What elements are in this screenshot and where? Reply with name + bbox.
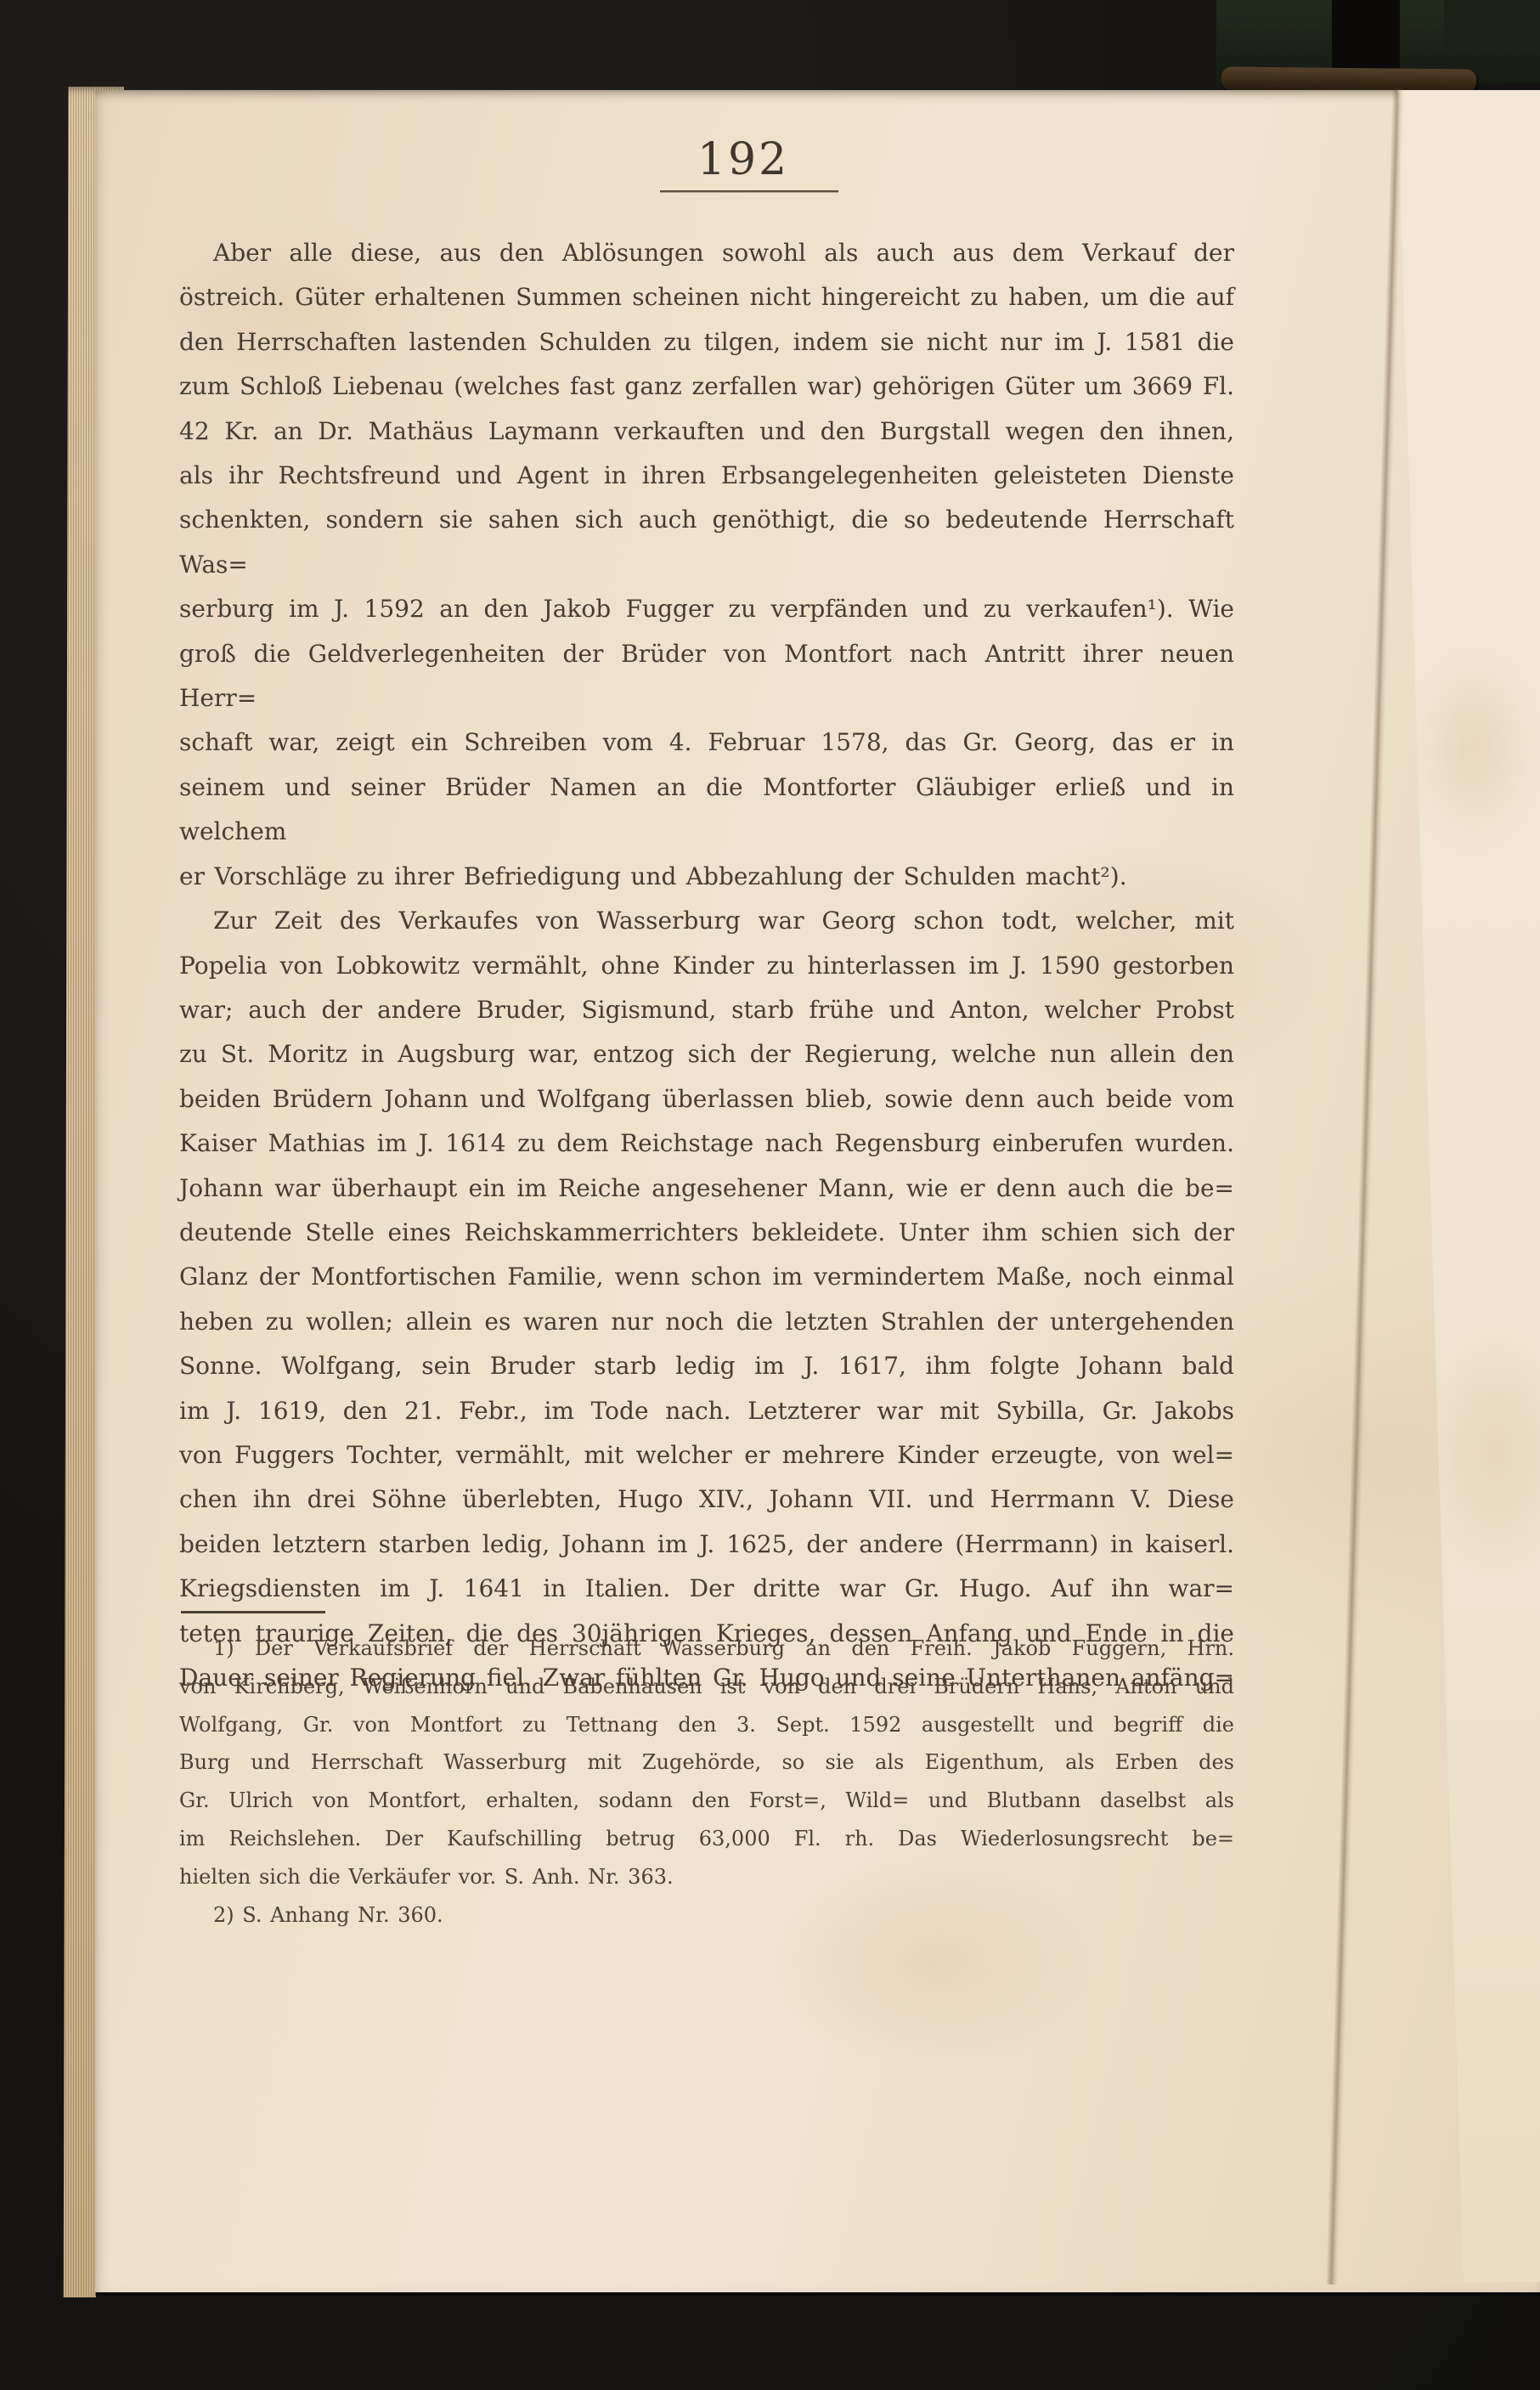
- text-line: schenkten, sondern sie sahen sich auch g…: [179, 498, 1234, 587]
- text-line: Kriegsdiensten im J. 1641 in Italien. De…: [179, 1567, 1234, 1611]
- text-line: zum Schloß Liebenau (welches fast ganz z…: [179, 364, 1234, 409]
- text-line: von Fuggers Tochter, vermählt, mit welch…: [179, 1433, 1234, 1478]
- book-scan: 192 Aber alle diese, aus den Ablösungen …: [0, 0, 1540, 2390]
- binding-cord: [1221, 66, 1476, 93]
- text-line: Zur Zeit des Verkaufes von Wasserburg wa…: [179, 899, 1234, 943]
- footnotes: 1) Der Verkaufsbrief der Herrschaft Wass…: [179, 1630, 1234, 1934]
- footnote-line: von Kirchberg, Weißenhorn und Babenhause…: [179, 1668, 1234, 1706]
- text-line: groß die Geldverlegenheiten der Brüder v…: [179, 632, 1234, 721]
- text-line: beiden Brüdern Johann und Wolfgang überl…: [179, 1077, 1234, 1122]
- body-text: Aber alle diese, aus den Ablösungen sowo…: [179, 231, 1234, 1700]
- text-line: heben zu wollen; allein es waren nur noc…: [179, 1300, 1234, 1344]
- text-line: deutende Stelle eines Reichskammerrichte…: [179, 1211, 1234, 1255]
- footnote-line: Wolfgang, Gr. von Montfort zu Tettnang d…: [179, 1706, 1234, 1744]
- footnote-line: im Reichslehen. Der Kaufschilling betrug…: [179, 1820, 1234, 1858]
- text-line: Aber alle diese, aus den Ablösungen sowo…: [179, 231, 1234, 275]
- footnote-line: 2) S. Anhang Nr. 360.: [179, 1896, 1234, 1935]
- text-line: 42 Kr. an Dr. Mathäus Laymann verkauften…: [179, 410, 1234, 454]
- text-line: seinem und seiner Brüder Namen an die Mo…: [179, 766, 1234, 855]
- text-line: Glanz der Montfortischen Familie, wenn s…: [179, 1255, 1234, 1299]
- text-line: serburg im J. 1592 an den Jakob Fugger z…: [179, 587, 1234, 631]
- footnote-line: Gr. Ulrich von Montfort, erhalten, sodan…: [179, 1782, 1234, 1820]
- text-line: Popelia von Lobkowitz vermählt, ohne Kin…: [179, 944, 1234, 988]
- text-line: im J. 1619, den 21. Febr., im Tode nach.…: [179, 1389, 1234, 1433]
- text-line: Sonne. Wolfgang, sein Bruder starb ledig…: [179, 1344, 1234, 1388]
- page-number: 192: [658, 134, 828, 185]
- footnote-line: Burg und Herrschaft Wasserburg mit Zugeh…: [179, 1743, 1234, 1782]
- footnote-line: hielten sich die Verkäufer vor. S. Anh. …: [179, 1858, 1234, 1896]
- text-line: Johann war überhaupt ein im Reiche anges…: [179, 1167, 1234, 1211]
- text-line: als ihr Rechtsfreund und Agent in ihren …: [179, 454, 1234, 498]
- text-line: beiden letztern starben ledig, Johann im…: [179, 1523, 1234, 1567]
- text-line: schaft war, zeigt ein Schreiben vom 4. F…: [179, 720, 1234, 765]
- text-line: chen ihn drei Söhne überlebten, Hugo XIV…: [179, 1478, 1234, 1522]
- text-line: den Herrschaften lastenden Schulden zu t…: [179, 320, 1234, 364]
- book-cover-corner: [1444, 0, 1540, 46]
- text-line: östreich. Güter erhaltenen Summen schein…: [179, 275, 1234, 319]
- text-line: zu St. Moritz in Augsburg war, entzog si…: [179, 1032, 1234, 1076]
- text-line: war; auch der andere Bruder, Sigismund, …: [179, 988, 1234, 1032]
- text-line: er Vorschläge zu ihrer Befriedigung und …: [179, 855, 1234, 899]
- page-number-rule: [660, 190, 838, 192]
- footnote-separator: [181, 1611, 325, 1613]
- footnote-line: 1) Der Verkaufsbrief der Herrschaft Wass…: [179, 1630, 1234, 1668]
- text-line: Kaiser Mathias im J. 1614 zu dem Reichst…: [179, 1122, 1234, 1166]
